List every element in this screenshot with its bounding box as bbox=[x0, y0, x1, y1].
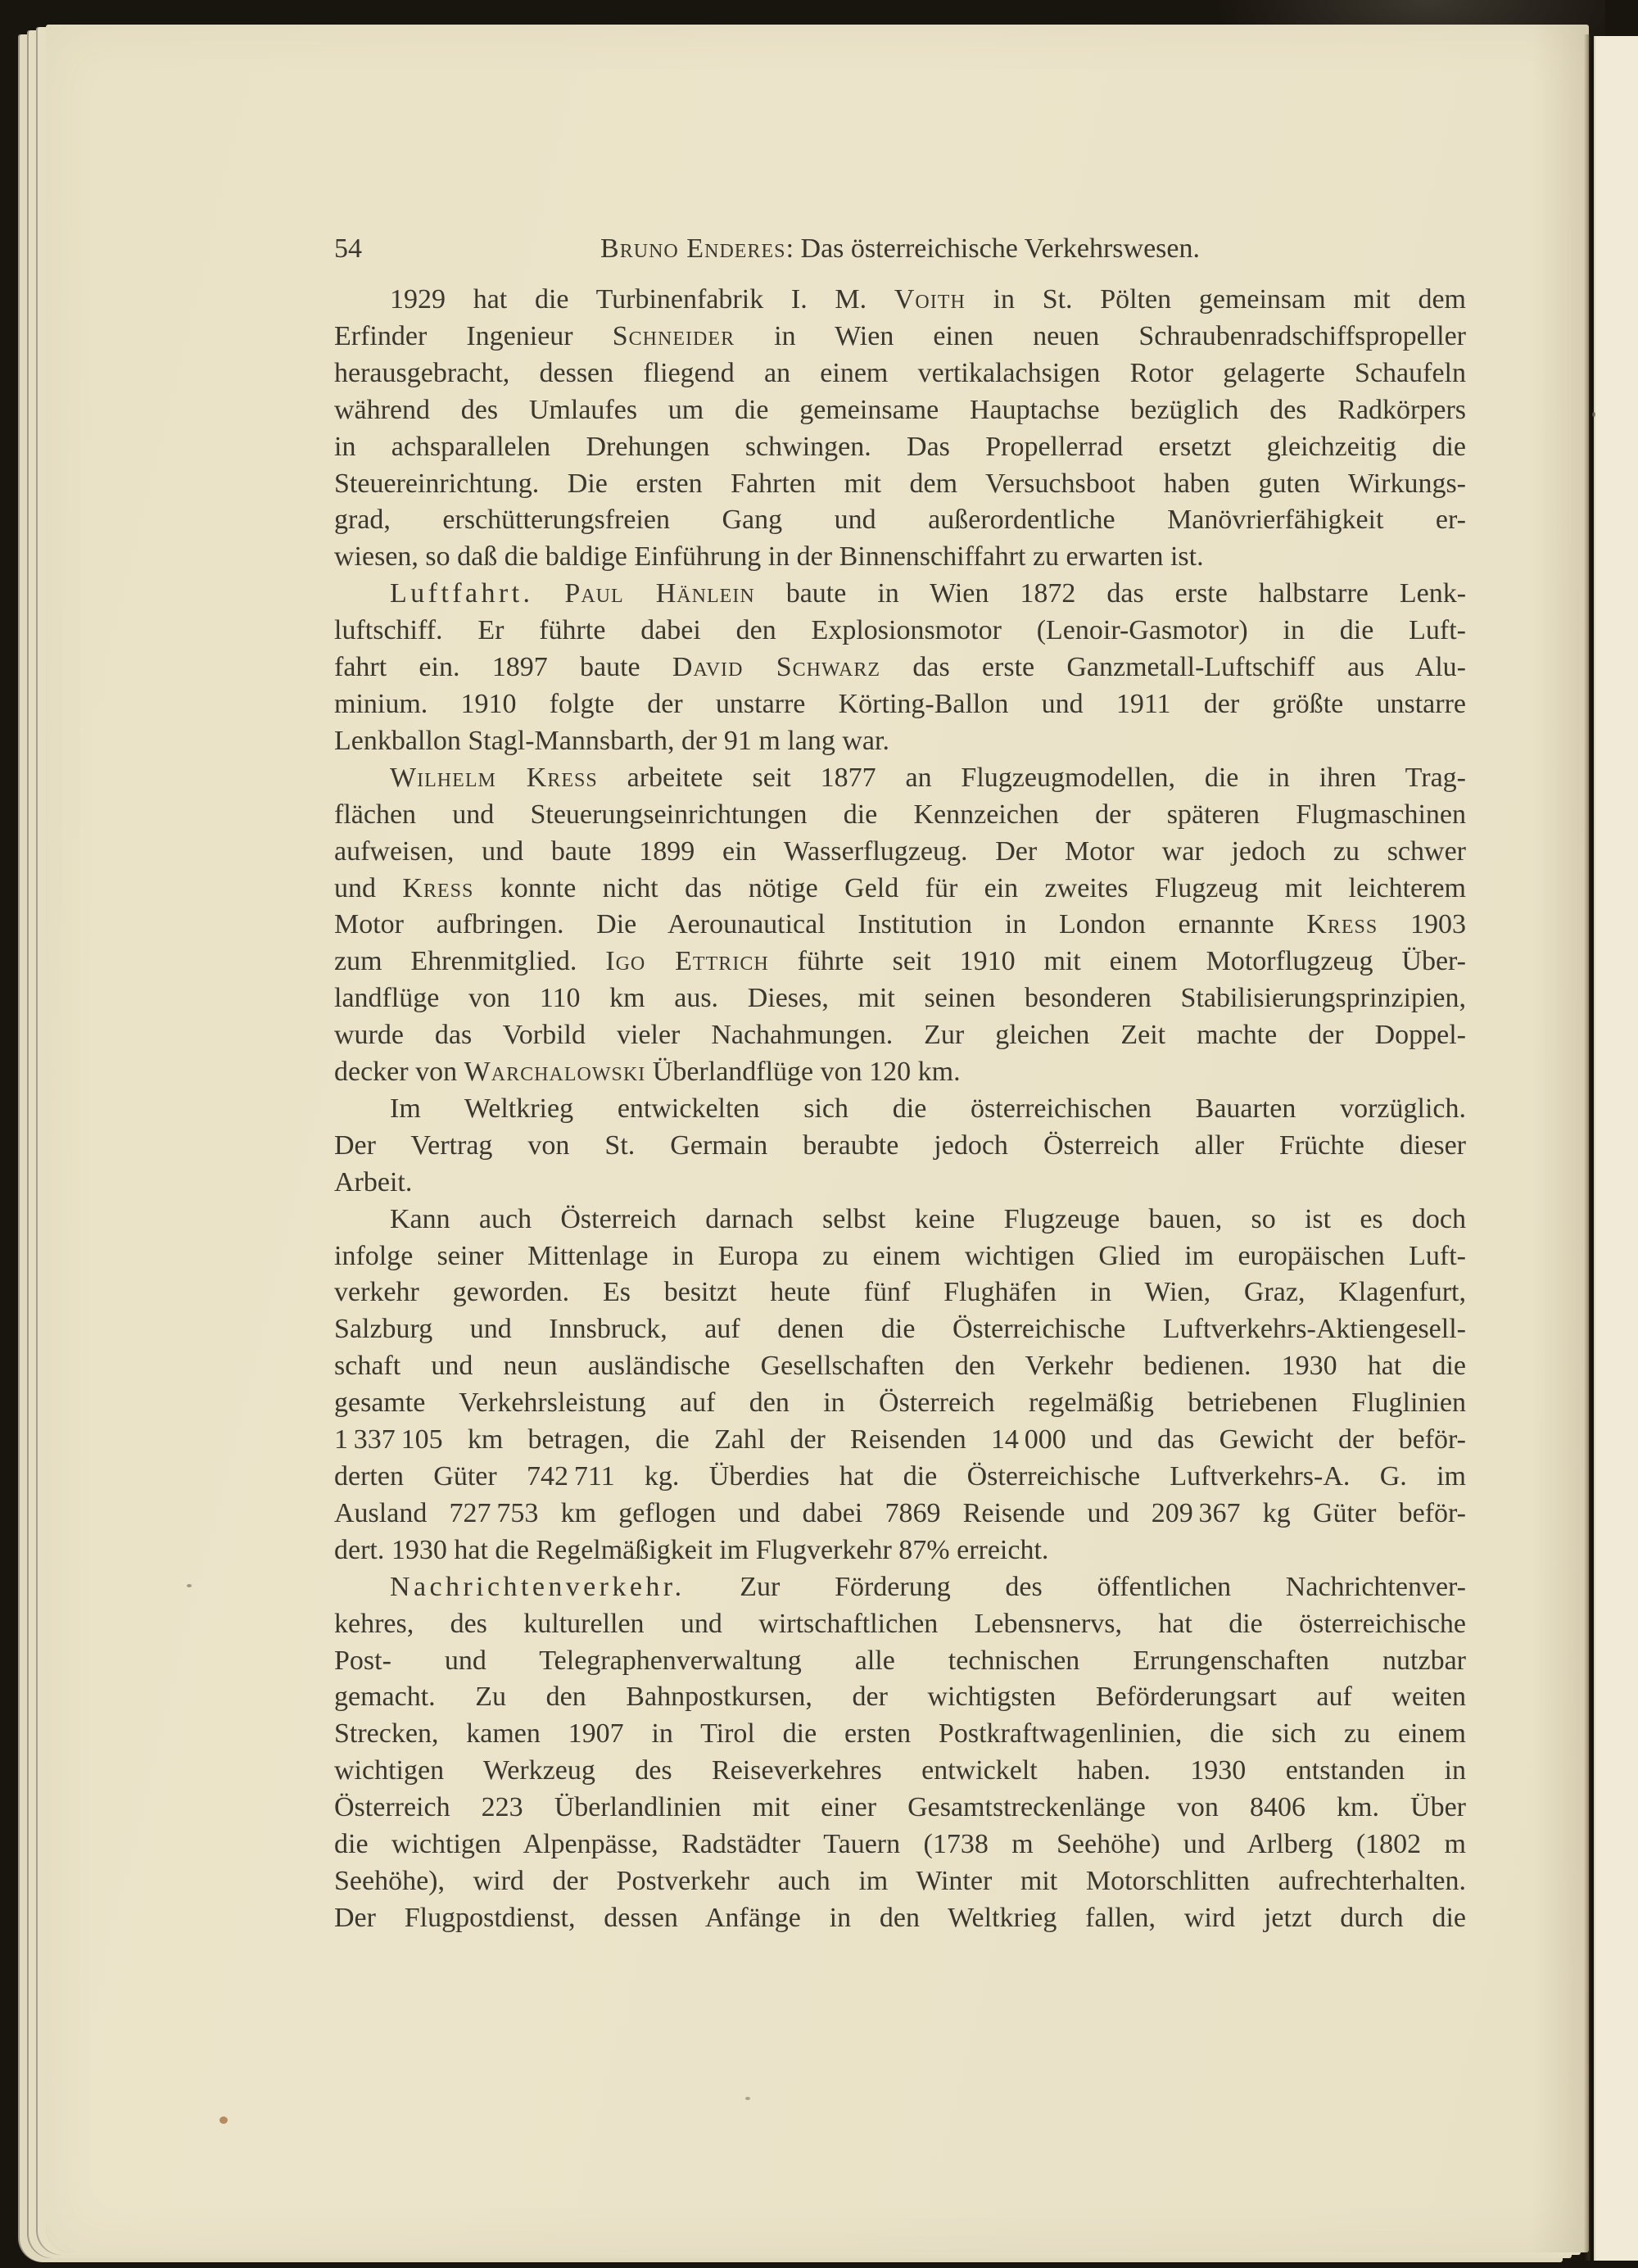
text-line: wurde das Vorbild vieler Nachahmungen. Z… bbox=[334, 1017, 1466, 1054]
paragraph: 1929 hat die Turbinenfabrik I. M. Voith … bbox=[334, 282, 1466, 576]
text-line: Der Vertrag von St. Germain beraubte jed… bbox=[334, 1128, 1466, 1165]
text-line: Strecken, kamen 1907 in Tirol die ersten… bbox=[334, 1716, 1466, 1753]
text-block: 1929 hat die Turbinenfabrik I. M. Voith … bbox=[334, 282, 1466, 1937]
text-line: schaft und neun ausländische Gesellschaf… bbox=[334, 1348, 1466, 1385]
page-header: 54 Bruno Enderes: Das österreichische Ve… bbox=[334, 233, 1466, 265]
text-line: infolge seiner Mittenlage in Europa zu e… bbox=[334, 1238, 1466, 1275]
text-line: Nachrichtenverkehr. Zur Förderung des öf… bbox=[334, 1569, 1466, 1606]
text-line: flächen und Steuerungseinrichtungen die … bbox=[334, 797, 1466, 834]
text-line: dert. 1930 hat die Regelmäßigkeit im Flu… bbox=[334, 1532, 1466, 1569]
text-line: und Kress konnte nicht das nötige Geld f… bbox=[334, 871, 1466, 908]
text-line: Luftfahrt. Paul Hänlein baute in Wien 18… bbox=[334, 576, 1466, 613]
text-line: 1929 hat die Turbinenfabrik I. M. Voith … bbox=[334, 282, 1466, 319]
text-line: zum Ehrenmitglied. Igo Ettrich führte se… bbox=[334, 944, 1466, 980]
text-line: kehres, des kulturellen und wirtschaftli… bbox=[334, 1606, 1466, 1643]
text-line: Kann auch Österreich darnach selbst kein… bbox=[334, 1202, 1466, 1238]
running-header: Bruno Enderes: Das österreichische Verke… bbox=[334, 233, 1466, 265]
gutter-crease bbox=[1584, 34, 1594, 2261]
text-line: minium. 1910 folgte der unstarre Körting… bbox=[334, 686, 1466, 723]
text-line: während des Umlaufes um die gemeinsame H… bbox=[334, 392, 1466, 429]
text-line: Erfinder Ingenieur Schneider in Wien ein… bbox=[334, 319, 1466, 355]
text-line: in achsparallelen Drehungen schwingen. D… bbox=[334, 429, 1466, 466]
text-line: Ausland 727 753 km geflogen und dabei 78… bbox=[334, 1496, 1466, 1532]
paragraph: Nachrichtenverkehr. Zur Förderung des öf… bbox=[334, 1569, 1466, 1937]
text-line: aufweisen, und baute 1899 ein Wasserflug… bbox=[334, 834, 1466, 871]
text-line: gemacht. Zu den Bahnpostkursen, der wich… bbox=[334, 1679, 1466, 1716]
text-line: Motor aufbringen. Die Aerounautical Inst… bbox=[334, 907, 1466, 944]
text-line: Post- und Telegraphenverwaltung alle tec… bbox=[334, 1643, 1466, 1680]
next-page-edge bbox=[1594, 36, 1638, 2261]
text-line: luftschiff. Er führte dabei den Explosio… bbox=[334, 613, 1466, 650]
paragraph: Kann auch Österreich darnach selbst kein… bbox=[334, 1202, 1466, 1569]
paragraph: Im Weltkrieg entwickelten sich die öster… bbox=[334, 1091, 1466, 1202]
page-number: 54 bbox=[334, 233, 362, 265]
paragraph: Wilhelm Kress arbeitete seit 1877 an Flu… bbox=[334, 760, 1466, 1091]
text-line: Steuereinrichtung. Die ersten Fahrten mi… bbox=[334, 466, 1466, 503]
text-line: Im Weltkrieg entwickelten sich die öster… bbox=[334, 1091, 1466, 1128]
text-line: Wilhelm Kress arbeitete seit 1877 an Flu… bbox=[334, 760, 1466, 797]
text-line: gesamte Verkehrsleistung auf den in Öste… bbox=[334, 1385, 1466, 1422]
text-line: Österreich 223 Überlandlinien mit einer … bbox=[334, 1790, 1466, 1827]
book-page: 54 Bruno Enderes: Das österreichische Ve… bbox=[46, 25, 1589, 2252]
text-line: wiesen, so daß die baldige Einführung in… bbox=[334, 539, 1466, 576]
text-line: Salzburg und Innsbruck, auf denen die Ös… bbox=[334, 1311, 1466, 1348]
scan-background: { "colors": { "background": "#18140e", "… bbox=[0, 0, 1638, 2268]
paragraph: Luftfahrt. Paul Hänlein baute in Wien 18… bbox=[334, 576, 1466, 760]
text-line: Arbeit. bbox=[334, 1165, 1466, 1202]
text-line: landflüge von 110 km aus. Dieses, mit se… bbox=[334, 980, 1466, 1017]
text-line: Lenkballon Stagl-Mannsbarth, der 91 m la… bbox=[334, 723, 1466, 760]
text-line: 1 337 105 km betragen, die Zahl der Reis… bbox=[334, 1422, 1466, 1459]
text-line: verkehr geworden. Es besitzt heute fünf … bbox=[334, 1274, 1466, 1311]
text-line: Seehöhe), wird der Postverkehr auch im W… bbox=[334, 1863, 1466, 1900]
text-line: die wichtigen Alpenpässe, Radstädter Tau… bbox=[334, 1827, 1466, 1863]
text-line: herausgebracht, dessen fliegend an einem… bbox=[334, 355, 1466, 392]
text-line: derten Güter 742 711 kg. Überdies hat di… bbox=[334, 1459, 1466, 1496]
text-line: grad, erschütterungsfreien Gang und auße… bbox=[334, 502, 1466, 539]
text-line: decker von Warchalowski Überlandflüge vo… bbox=[334, 1054, 1466, 1091]
text-line: fahrt ein. 1897 baute David Schwarz das … bbox=[334, 650, 1466, 686]
text-line: Der Flugpostdienst, dessen Anfänge in de… bbox=[334, 1900, 1466, 1937]
text-line: wichtigen Werkzeug des Reiseverkehres en… bbox=[334, 1753, 1466, 1790]
